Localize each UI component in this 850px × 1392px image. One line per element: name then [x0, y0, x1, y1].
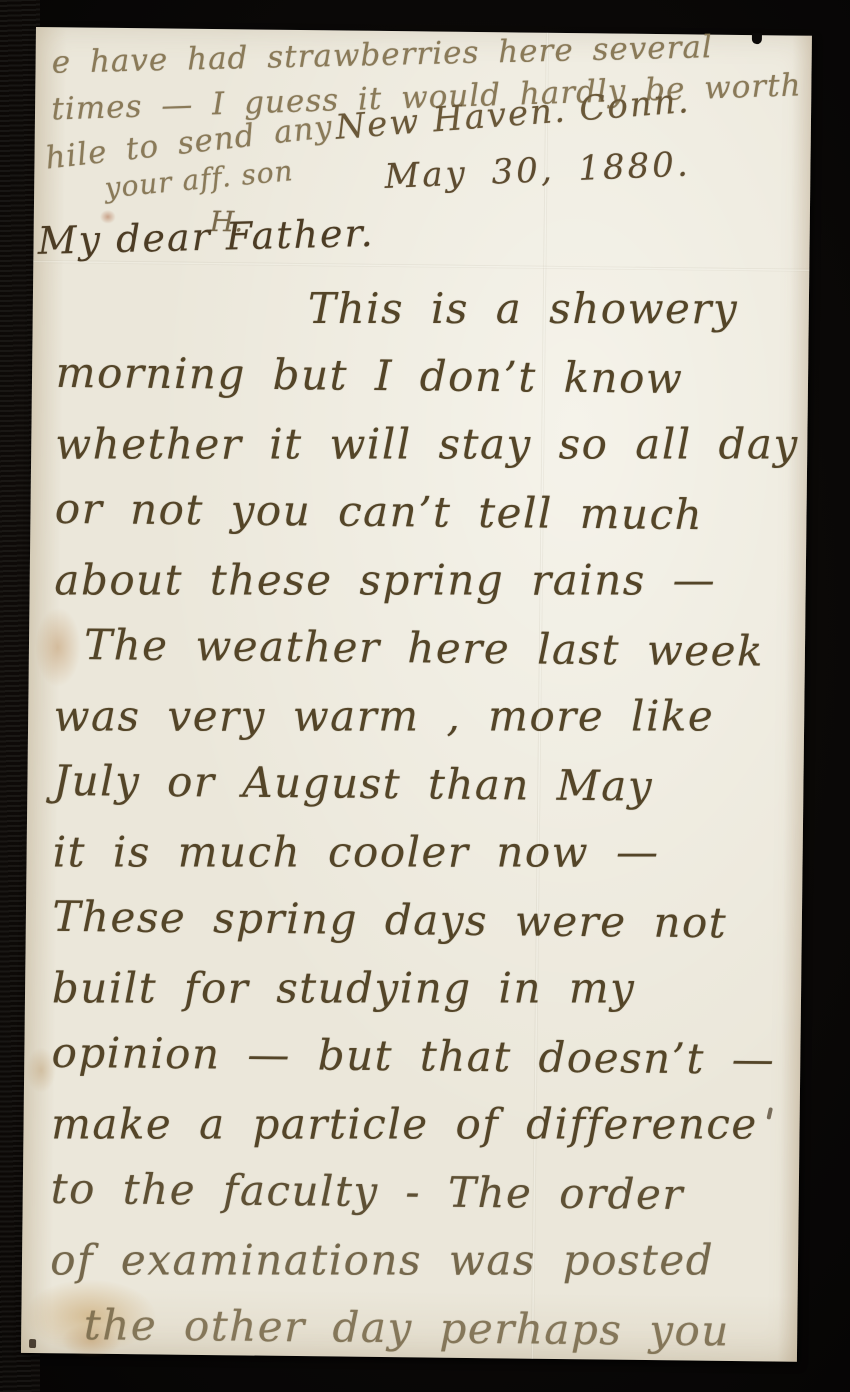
edge-ink-speck: [29, 1339, 36, 1348]
body-line: it is much cooler now —: [53, 827, 797, 895]
body-line: July or August than May: [53, 756, 798, 831]
body-line: about these spring rains —: [54, 555, 798, 623]
dateline-date: May 30, 1880.: [384, 144, 692, 197]
letter-photo-scene: e have had strawberries here several tim…: [0, 0, 850, 1392]
body-line: was very warm , more like: [54, 691, 798, 759]
horizontal-fold-crease: [33, 260, 809, 272]
body-line: the other day perhaps you: [84, 1300, 795, 1375]
body-line: built for studying in my: [52, 963, 796, 1031]
body-line: morning but I don’t know: [55, 348, 800, 423]
body-line: whether it will stay so all day: [55, 419, 799, 487]
body-line: to the faculty - The order: [50, 1164, 795, 1239]
letter-sheet: e have had strawberries here several tim…: [21, 27, 812, 1362]
body-line: make a particle of difference: [51, 1099, 795, 1167]
salutation: My dear Father.: [37, 211, 375, 263]
body-line: of examinations was posted: [50, 1235, 794, 1303]
body-line: These spring days were not: [52, 892, 797, 967]
body-line: The weather here last week: [84, 620, 799, 695]
letter-body: This is a showery morning but I don’t kn…: [50, 281, 801, 1374]
body-line: opinion — but that doesn’t —: [51, 1028, 796, 1103]
paper-edge-notch: [752, 33, 762, 44]
body-line: or not you can’t tell much: [55, 484, 800, 559]
body-line: This is a showery: [308, 284, 800, 352]
